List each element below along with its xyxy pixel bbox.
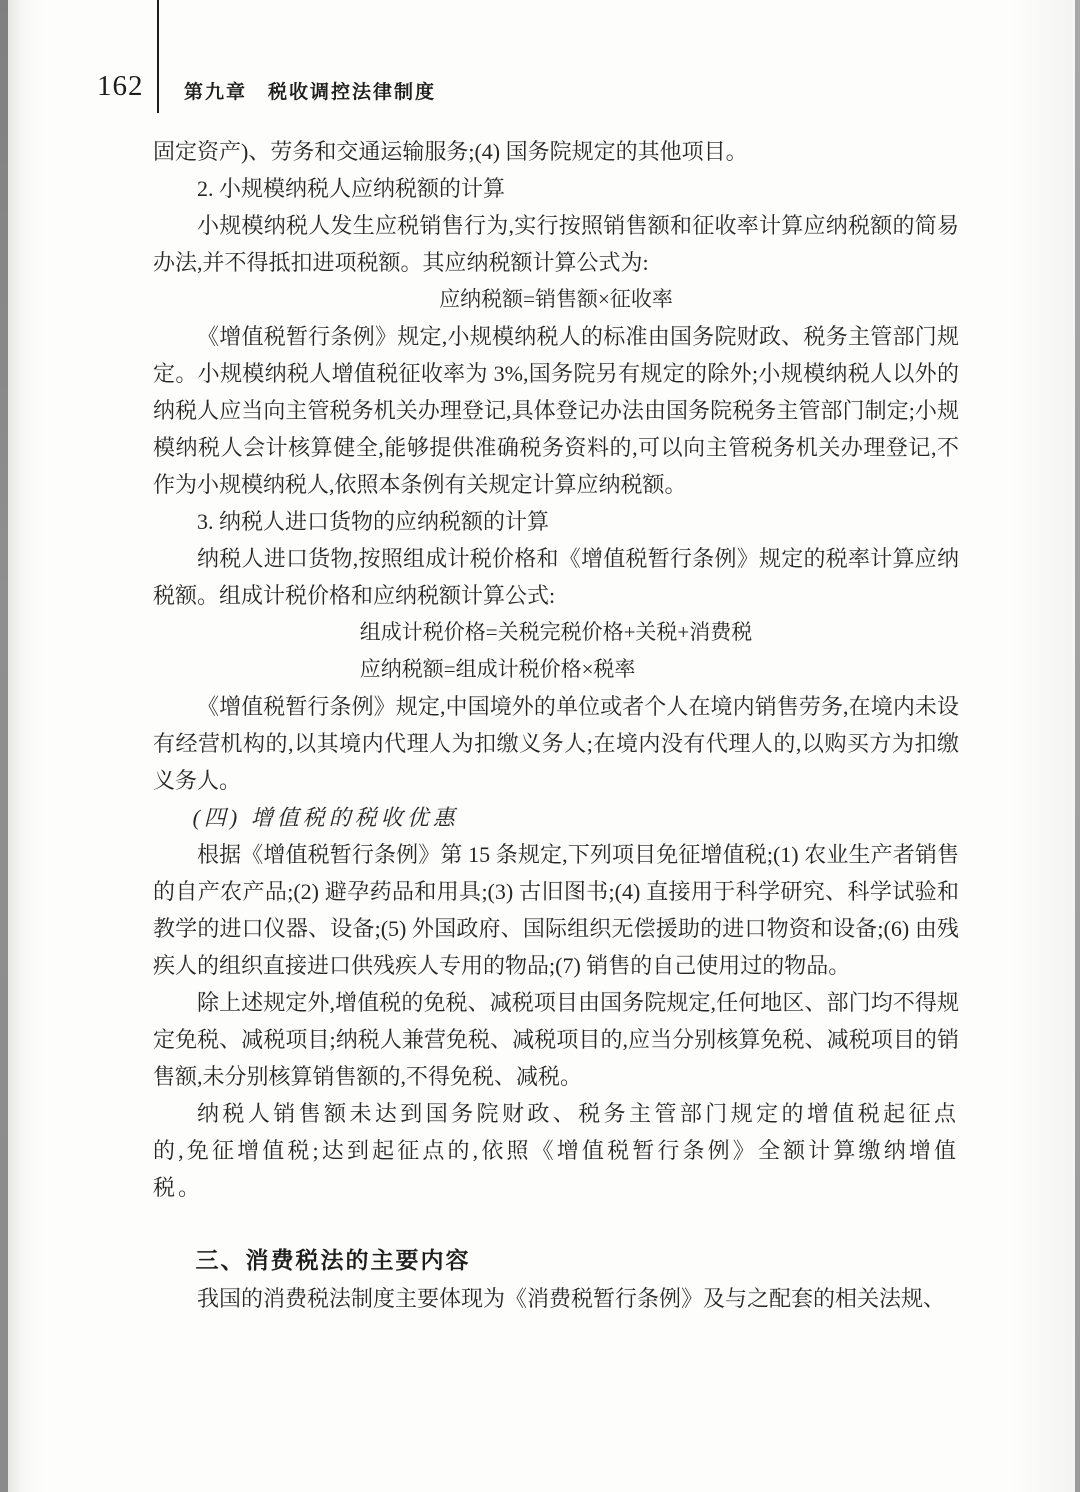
paragraph-exemption-rules: 除上述规定外,增值税的免税、减税项目由国务院规定,任何地区、部门均不得规定免税、… xyxy=(153,984,959,1095)
page-number: 162 xyxy=(97,70,144,103)
formula-composite-price: 组成计税价格=关税完税价格+关税+消费税 xyxy=(360,614,753,651)
photo-right-edge xyxy=(1075,0,1080,1492)
page-content: 固定资产)、劳务和交通运输服务;(4) 国务院规定的其他项目。 2. 小规模纳税… xyxy=(153,133,959,1317)
chapter-title: 第九章 税收调控法律制度 xyxy=(184,77,436,104)
formula-group-import: 组成计税价格=关税完税价格+关税+消费税 应纳税额=组成计税价格×税率 xyxy=(360,614,753,688)
paragraph-withholding-agent: 《增值税暂行条例》规定,中国境外的单位或者个人在境内销售劳务,在境内未设有经营机… xyxy=(153,688,959,799)
paragraph-vat-threshold: 纳税人销售额未达到国务院财政、税务主管部门规定的增值税起征点的,免征增值税;达到… xyxy=(153,1095,959,1206)
paragraph-vat-exemptions: 根据《增值税暂行条例》第 15 条规定,下列项目免征增值税;(1) 农业生产者销… xyxy=(153,836,959,984)
paragraph-small-scale-intro: 小规模纳税人发生应税销售行为,实行按照销售额和征收率计算应纳税额的简易办法,并不… xyxy=(153,207,959,281)
formula-tax-payable: 应纳税额=销售额×征收率 xyxy=(153,281,959,318)
formula-import-tax: 应纳税额=组成计税价格×税率 xyxy=(360,651,753,688)
paragraph-continuation: 固定资产)、劳务和交通运输服务;(4) 国务院规定的其他项目。 xyxy=(153,133,959,170)
paragraph-import-intro: 纳税人进口货物,按照组成计税价格和《增值税暂行条例》规定的税率计算应纳税额。组成… xyxy=(153,540,959,614)
subheading-vat-preferences: (四) 增值税的税收优惠 xyxy=(153,799,959,836)
subheading-import-goods: 3. 纳税人进口货物的应纳税额的计算 xyxy=(153,503,959,540)
paragraph-consumption-tax-intro: 我国的消费税法制度主要体现为《消费税暂行条例》及与之配套的相关法规、 xyxy=(153,1280,959,1317)
header-divider xyxy=(157,0,159,113)
book-page: 162 第九章 税收调控法律制度 固定资产)、劳务和交通运输服务;(4) 国务院… xyxy=(0,0,1080,1492)
photo-left-edge xyxy=(0,0,8,1492)
paragraph-small-scale-rules: 《增值税暂行条例》规定,小规模纳税人的标准由国务院财政、税务主管部门规定。小规模… xyxy=(153,318,959,503)
section-heading-consumption-tax: 三、消费税法的主要内容 xyxy=(153,1240,959,1280)
subheading-small-scale-taxpayer: 2. 小规模纳税人应纳税额的计算 xyxy=(153,170,959,207)
